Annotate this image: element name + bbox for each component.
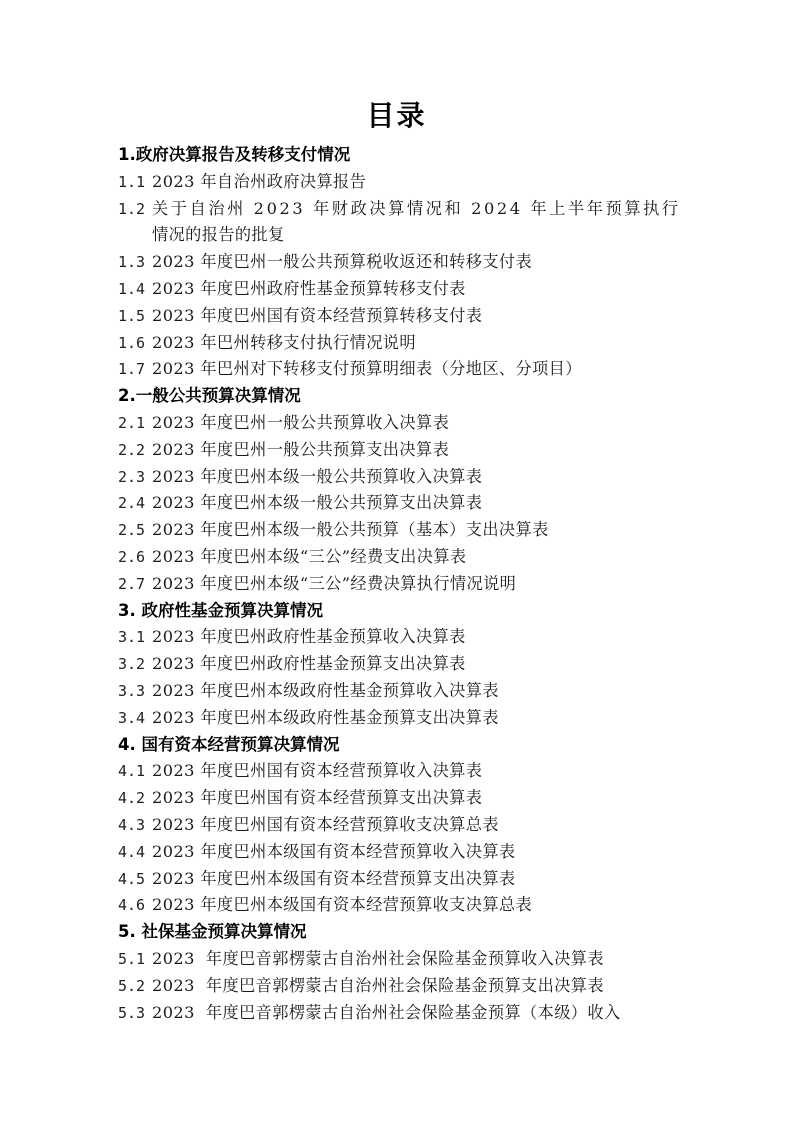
item-number: 2.1 xyxy=(118,410,152,437)
item-number: 1.4 xyxy=(118,276,152,303)
item-number: 2.4 xyxy=(118,490,152,517)
section-heading-3[interactable]: 3. 政府性基金预算决算情况 xyxy=(118,598,688,625)
item-number: 1.1 xyxy=(118,169,152,196)
item-title: 2023 年度巴州国有资本经营预算收入决算表 xyxy=(152,761,482,780)
section-heading-5[interactable]: 5. 社保基金预算决算情况 xyxy=(118,919,688,946)
item-title: 2023 年度巴州政府性基金预算支出决算表 xyxy=(152,654,466,673)
section-heading-2[interactable]: 2.一般公共预算决算情况 xyxy=(118,383,688,410)
item-number: 3.2 xyxy=(118,651,152,678)
section-heading-1[interactable]: 1.政府决算报告及转移支付情况 xyxy=(118,142,688,169)
item-title: 2023 年度巴州本级“三公”经费支出决算表 xyxy=(152,547,467,566)
toc-item-1-3[interactable]: 1.32023 年度巴州一般公共预算税收返还和转移支付表 xyxy=(118,249,688,276)
toc-item-4-3[interactable]: 4.32023 年度巴州国有资本经营预算收支决算总表 xyxy=(118,812,688,839)
toc-item-1-7[interactable]: 1.72023 年巴州对下转移支付预算明细表（分地区、分项目） xyxy=(118,356,688,383)
toc-item-2-6[interactable]: 2.62023 年度巴州本级“三公”经费支出决算表 xyxy=(118,544,688,571)
item-title: 2023 年度巴州本级国有资本经营预算支出决算表 xyxy=(152,869,516,888)
item-title: 2023 年度巴州本级一般公共预算（基本）支出决算表 xyxy=(152,520,549,539)
item-number: 3.3 xyxy=(118,678,152,705)
item-title: 2023 年度巴州政府性基金预算收入决算表 xyxy=(152,627,466,646)
document-page: 目录 1.政府决算报告及转移支付情况 1.12023 年自治州政府决算报告 1.… xyxy=(0,0,793,1122)
item-number: 1.5 xyxy=(118,303,152,330)
item-number: 1.6 xyxy=(118,330,152,357)
toc-item-5-1[interactable]: 5.12023 年度巴音郭楞蒙古自治州社会保险基金预算收入决算表 xyxy=(118,946,688,973)
section-heading-4[interactable]: 4. 国有资本经营预算决算情况 xyxy=(118,732,688,759)
toc-item-4-4[interactable]: 4.42023 年度巴州本级国有资本经营预算收入决算表 xyxy=(118,839,688,866)
toc-item-1-6[interactable]: 1.62023 年巴州转移支付执行情况说明 xyxy=(118,330,688,357)
item-number: 4.5 xyxy=(118,866,152,893)
toc-item-4-5[interactable]: 4.52023 年度巴州本级国有资本经营预算支出决算表 xyxy=(118,866,688,893)
item-title: 2023 年度巴州国有资本经营预算收支决算总表 xyxy=(152,815,499,834)
item-title: 2023 年度巴州政府性基金预算转移支付表 xyxy=(152,279,466,298)
item-number: 4.6 xyxy=(118,892,152,919)
item-number: 2.5 xyxy=(118,517,152,544)
item-title: 2023 年巴州转移支付执行情况说明 xyxy=(152,333,416,352)
item-title: 2023 年度巴音郭楞蒙古自治州社会保险基金预算收入决算表 xyxy=(152,949,604,968)
toc-item-5-3[interactable]: 5.32023 年度巴音郭楞蒙古自治州社会保险基金预算（本级）收入 xyxy=(118,1000,688,1027)
item-number: 4.4 xyxy=(118,839,152,866)
item-number: 4.2 xyxy=(118,785,152,812)
item-number: 2.6 xyxy=(118,544,152,571)
toc-item-2-4[interactable]: 2.42023 年度巴州本级一般公共预算支出决算表 xyxy=(118,490,688,517)
item-title: 2023 年度巴州本级一般公共预算收入决算表 xyxy=(152,467,482,486)
item-title: 2023 年度巴州一般公共预算税收返还和转移支付表 xyxy=(152,252,532,271)
toc-item-1-1[interactable]: 1.12023 年自治州政府决算报告 xyxy=(118,169,688,196)
item-title: 2023 年度巴州本级国有资本经营预算收支决算总表 xyxy=(152,895,532,914)
item-number: 3.4 xyxy=(118,705,152,732)
item-title: 关于自治州 2023 年财政决算情况和 2024 年上半年预算执行 xyxy=(152,199,681,218)
toc-item-4-6[interactable]: 4.62023 年度巴州本级国有资本经营预算收支决算总表 xyxy=(118,892,688,919)
toc-item-4-1[interactable]: 4.12023 年度巴州国有资本经营预算收入决算表 xyxy=(118,758,688,785)
item-title: 2023 年度巴州本级政府性基金预算支出决算表 xyxy=(152,708,499,727)
item-title: 2023 年度巴州国有资本经营预算支出决算表 xyxy=(152,788,482,807)
item-number: 3.1 xyxy=(118,624,152,651)
table-of-contents: 1.政府决算报告及转移支付情况 1.12023 年自治州政府决算报告 1.2关于… xyxy=(118,142,688,1026)
toc-item-1-2-continuation[interactable]: 情况的报告的批复 xyxy=(118,222,688,249)
item-number: 1.3 xyxy=(118,249,152,276)
item-title: 2023 年度巴州本级“三公”经费决算执行情况说明 xyxy=(152,574,516,593)
item-number: 1.7 xyxy=(118,356,152,383)
item-number: 4.1 xyxy=(118,758,152,785)
item-title: 2023 年度巴音郭楞蒙古自治州社会保险基金预算支出决算表 xyxy=(152,976,604,995)
item-number: 5.1 xyxy=(118,946,152,973)
item-title: 2023 年度巴州一般公共预算支出决算表 xyxy=(152,440,449,459)
item-title: 2023 年度巴州本级政府性基金预算收入决算表 xyxy=(152,681,499,700)
toc-item-2-1[interactable]: 2.12023 年度巴州一般公共预算收入决算表 xyxy=(118,410,688,437)
item-number: 5.2 xyxy=(118,973,152,1000)
item-number: 2.2 xyxy=(118,437,152,464)
item-title: 2023 年度巴州一般公共预算收入决算表 xyxy=(152,413,449,432)
toc-item-2-3[interactable]: 2.32023 年度巴州本级一般公共预算收入决算表 xyxy=(118,464,688,491)
item-number: 2.7 xyxy=(118,571,152,598)
toc-item-1-5[interactable]: 1.52023 年度巴州国有资本经营预算转移支付表 xyxy=(118,303,688,330)
toc-item-1-2[interactable]: 1.2关于自治州 2023 年财政决算情况和 2024 年上半年预算执行 xyxy=(118,196,688,223)
toc-item-3-4[interactable]: 3.42023 年度巴州本级政府性基金预算支出决算表 xyxy=(118,705,688,732)
toc-item-1-4[interactable]: 1.42023 年度巴州政府性基金预算转移支付表 xyxy=(118,276,688,303)
item-number: 5.3 xyxy=(118,1000,152,1027)
item-title: 2023 年度巴州国有资本经营预算转移支付表 xyxy=(152,306,482,325)
toc-item-2-5[interactable]: 2.52023 年度巴州本级一般公共预算（基本）支出决算表 xyxy=(118,517,688,544)
toc-item-3-1[interactable]: 3.12023 年度巴州政府性基金预算收入决算表 xyxy=(118,624,688,651)
item-number: 2.3 xyxy=(118,464,152,491)
toc-item-5-2[interactable]: 5.22023 年度巴音郭楞蒙古自治州社会保险基金预算支出决算表 xyxy=(118,973,688,1000)
item-title: 2023 年度巴州本级国有资本经营预算收入决算表 xyxy=(152,842,516,861)
toc-item-2-2[interactable]: 2.22023 年度巴州一般公共预算支出决算表 xyxy=(118,437,688,464)
toc-item-3-3[interactable]: 3.32023 年度巴州本级政府性基金预算收入决算表 xyxy=(118,678,688,705)
toc-item-2-7[interactable]: 2.72023 年度巴州本级“三公”经费决算执行情况说明 xyxy=(118,571,688,598)
item-title: 2023 年度巴音郭楞蒙古自治州社会保险基金预算（本级）收入 xyxy=(152,1003,621,1022)
toc-title: 目录 xyxy=(0,98,793,134)
toc-item-3-2[interactable]: 3.22023 年度巴州政府性基金预算支出决算表 xyxy=(118,651,688,678)
item-title: 2023 年巴州对下转移支付预算明细表（分地区、分项目） xyxy=(152,359,582,378)
item-number: 4.3 xyxy=(118,812,152,839)
toc-item-4-2[interactable]: 4.22023 年度巴州国有资本经营预算支出决算表 xyxy=(118,785,688,812)
item-number: 1.2 xyxy=(118,196,152,223)
item-title: 2023 年度巴州本级一般公共预算支出决算表 xyxy=(152,493,482,512)
item-title: 2023 年自治州政府决算报告 xyxy=(152,172,366,191)
item-title-continuation: 情况的报告的批复 xyxy=(152,225,285,244)
